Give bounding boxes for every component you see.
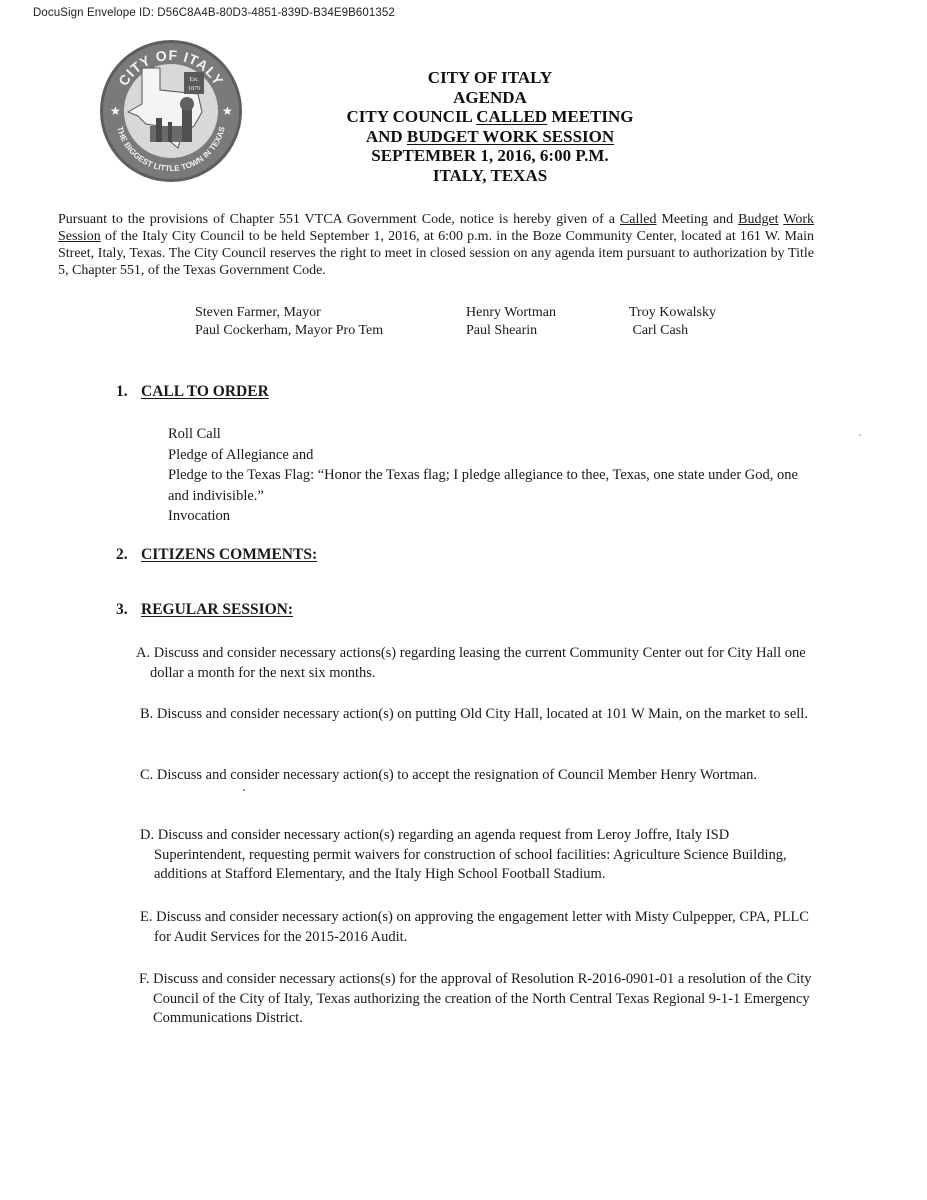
svg-text:★: ★ <box>222 104 233 118</box>
section-number: 2. <box>116 546 128 564</box>
list-item: Invocation <box>168 506 808 527</box>
list-item: Roll Call <box>168 424 808 445</box>
city-seal-icon: Est. 1879 ★ ★ CITY OF ITALY THE BIGGEST … <box>98 38 244 184</box>
section-number: 1. <box>116 383 128 401</box>
council-member: Paul Cockerham, Mayor Pro Tem <box>195 322 383 340</box>
section-title-citizens-comments: CITIZENS COMMENTS: <box>141 546 317 564</box>
envelope-id: DocuSign Envelope ID: D56C8A4B-80D3-4851… <box>33 7 395 19</box>
header-meeting-type: CITY COUNCIL CALLED MEETING <box>300 107 680 127</box>
header-location: ITALY, TEXAS <box>300 166 680 186</box>
section-title-call-to-order: CALL TO ORDER <box>141 383 269 401</box>
council-column-2: Henry Wortman Paul Shearin <box>466 304 556 340</box>
list-item: Pledge of Allegiance and <box>168 445 808 466</box>
header-session: AND BUDGET WORK SESSION <box>300 127 680 147</box>
council-member: Carl Cash <box>629 322 716 340</box>
council-member: Steven Farmer, Mayor <box>195 304 383 322</box>
agenda-item-d: D. Discuss and consider necessary action… <box>140 826 814 885</box>
council-column-1: Steven Farmer, Mayor Paul Cockerham, May… <box>195 304 383 340</box>
scan-speck <box>859 434 861 436</box>
agenda-item-a: A. Discuss and consider necessary action… <box>136 644 810 683</box>
call-to-order-list: Roll Call Pledge of Allegiance and Pledg… <box>168 424 808 527</box>
agenda-item-e: E. Discuss and consider necessary action… <box>140 908 814 947</box>
header-agenda: AGENDA <box>300 88 680 108</box>
section-number: 3. <box>116 601 128 619</box>
svg-text:★: ★ <box>110 104 121 118</box>
agenda-item-b: B. Discuss and consider necessary action… <box>140 705 814 725</box>
agenda-item-f: F. Discuss and consider necessary action… <box>139 970 813 1029</box>
council-member: Paul Shearin <box>466 322 556 340</box>
council-column-3: Troy Kowalsky Carl Cash <box>629 304 716 340</box>
svg-text:Est.: Est. <box>189 77 199 83</box>
notice-paragraph: Pursuant to the provisions of Chapter 55… <box>58 211 814 279</box>
section-title-regular-session: REGULAR SESSION: <box>141 601 293 619</box>
header-date: SEPTEMBER 1, 2016, 6:00 P.M. <box>300 146 680 166</box>
agenda-header: CITY OF ITALY AGENDA CITY COUNCIL CALLED… <box>300 68 680 185</box>
council-member: Henry Wortman <box>466 304 556 322</box>
list-item: Pledge to the Texas Flag: “Honor the Tex… <box>168 465 808 506</box>
svg-text:1879: 1879 <box>188 86 200 92</box>
scan-speck <box>243 789 245 791</box>
agenda-item-c: C. Discuss and consider necessary action… <box>140 766 814 786</box>
council-member: Troy Kowalsky <box>629 304 716 322</box>
header-city: CITY OF ITALY <box>300 68 680 88</box>
